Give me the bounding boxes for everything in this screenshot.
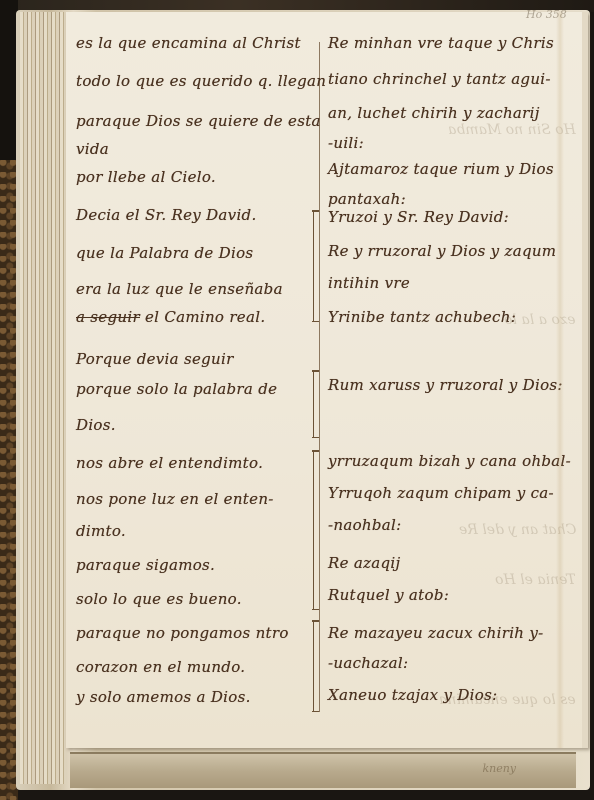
corner-folio-note: Ho 358 [526, 8, 567, 21]
left-line: paraque Dios se quiere de esta [76, 112, 321, 130]
bleed-through-text: Tenia el Ho [495, 572, 576, 588]
left-line: y solo amemos a Dios. [76, 688, 251, 706]
left-line: porque solo la palabra de [76, 380, 277, 398]
right-line: Ajtamaroz taque rium y Dios [328, 160, 554, 178]
right-line: pantaxah: [328, 190, 406, 208]
left-line: por llebe al Cielo. [76, 168, 216, 186]
right-line: Re azaqij [328, 554, 400, 572]
right-line: Yrinibe tantz achubech: [328, 308, 516, 326]
left-line: dimto. [76, 522, 126, 540]
right-line: Re y rruzoral y Dios y zaqum [328, 242, 556, 260]
manuscript-page: Ho 358 Ho Sin no Mamba ezo a la lo Chat … [66, 12, 588, 748]
left-line: que la Palabra de Dios [76, 244, 253, 262]
right-line: -uachazal: [328, 654, 408, 672]
left-line: Porque devia seguir [76, 350, 234, 368]
left-line: nos pone luz en el enten- [76, 490, 274, 508]
bottom-page-band: kneny [70, 752, 576, 788]
left-line: nos abre el entendimto. [76, 454, 263, 472]
left-line: paraque no pongamos ntro [76, 624, 289, 642]
right-line: yrruzaqum bizah y cana ohbal- [328, 452, 571, 470]
left-line: Decia el Sr. Rey David. [76, 206, 257, 224]
left-line: paraque sigamos. [76, 556, 215, 574]
left-line: todo lo que es querido q. llegan [76, 72, 326, 90]
right-line: Yruzoi y Sr. Rey David: [328, 208, 509, 226]
right-line: Xaneuo tzajax y Dios: [328, 686, 497, 704]
bracket-brace [313, 450, 324, 610]
right-line: Rum xaruss y rruzoral y Dios: [328, 376, 563, 394]
right-line: Re minhan vre taque y Chris [328, 34, 554, 52]
right-line: intihin vre [328, 274, 410, 292]
bracket-brace [313, 210, 324, 322]
left-line: corazon en el mundo. [76, 658, 245, 676]
right-line: an, luchet chirih y zacharij [328, 104, 540, 122]
bracket-brace [313, 620, 324, 712]
right-line: tiano chrinchel y tantz agui- [328, 70, 551, 88]
right-line: Yrruqoh zaqum chipam y ca- [328, 484, 554, 502]
left-line: a seguir el Camino real. [76, 308, 265, 326]
right-line: Rutquel y atob: [328, 586, 449, 604]
left-line: Dios. [76, 416, 116, 434]
left-line: es la que encamina al Christ [76, 34, 301, 52]
page-edges [20, 12, 66, 784]
right-line: Re mazayeu zacux chirih y- [328, 624, 543, 642]
bottom-faint-text: kneny [482, 762, 516, 775]
struck-text: a seguir [76, 308, 140, 326]
right-line: -naohbal: [328, 516, 401, 534]
left-line: vida [76, 140, 109, 158]
left-line: solo lo que es bueno. [76, 590, 242, 608]
left-line: era la luz que le enseñaba [76, 280, 283, 298]
bleed-through-text: Ho Sin no Mamba [448, 122, 576, 138]
bleed-through-text: Chat an y del Re [459, 522, 576, 538]
bracket-brace [313, 370, 324, 438]
right-line: -uili: [328, 134, 364, 152]
